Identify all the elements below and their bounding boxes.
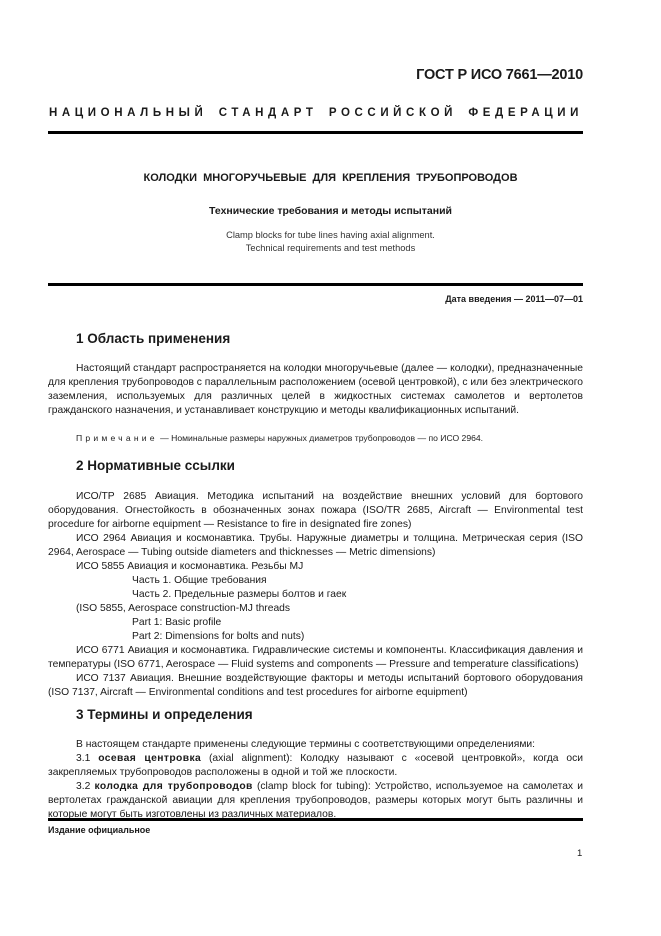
reference-line: ИСО 5855 Авиация и космонавтика. Резьбы … (48, 560, 583, 574)
section-2-heading: 2 Нормативные ссылки (76, 458, 235, 473)
top-rule (48, 131, 583, 134)
reference-line: Part 1: Basic profile (48, 616, 583, 630)
document-title: КОЛОДКИ МНОГОРУЧЬЕВЫЕ ДЛЯ КРЕПЛЕНИЯ ТРУБ… (0, 172, 661, 184)
reference-line: (ISO 5855, Aerospace construction-MJ thr… (48, 602, 583, 616)
section-1-heading: 1 Область применения (76, 331, 230, 346)
section-1-body: Настоящий стандарт распространяется на к… (48, 362, 583, 418)
gost-code: ГОСТ Р ИСО 7661—2010 (416, 67, 583, 83)
term-3-1: 3.1 осевая центровка (axial alignment): … (48, 752, 583, 780)
normative-references: ИСО/ТР 2685 Авиация. Методика испытаний … (48, 490, 583, 700)
banner-word: РОССИЙСКОЙ (329, 107, 457, 119)
reference-line: Часть 2. Предельные размеры болтов и гае… (48, 588, 583, 602)
note-text: — Номинальные размеры наружных диаметров… (158, 433, 483, 443)
term-number: 3.2 (76, 781, 94, 792)
section-3-heading: 3 Термины и определения (76, 707, 253, 722)
banner-word: ФЕДЕРАЦИИ (468, 107, 583, 119)
term-name: колодка для трубопроводов (94, 781, 252, 792)
footer-rule (48, 818, 583, 821)
note-label: Примечание (76, 433, 158, 443)
english-title-line: Clamp blocks for tube lines having axial… (0, 229, 661, 242)
reference-line: ИСО 6771 Авиация и космонавтика. Гидравл… (48, 644, 583, 672)
english-title-line: Technical requirements and test methods (0, 242, 661, 255)
national-standard-banner: НАЦИОНАЛЬНЫЙ СТАНДАРТ РОССИЙСКОЙ ФЕДЕРАЦ… (49, 107, 583, 119)
official-edition-label: Издание официальное (48, 825, 150, 835)
banner-word: НАЦИОНАЛЬНЫЙ (49, 107, 207, 119)
reference-line: Часть 1. Общие требования (48, 574, 583, 588)
terms-intro: В настоящем стандарте применены следующи… (48, 738, 583, 752)
english-title: Clamp blocks for tube lines having axial… (0, 229, 661, 255)
page-number: 1 (577, 848, 582, 859)
title-rule (48, 283, 583, 286)
document-subtitle: Технические требования и методы испытани… (0, 205, 661, 217)
term-number: 3.1 (76, 753, 98, 764)
reference-line: ИСО/ТР 2685 Авиация. Методика испытаний … (48, 490, 583, 532)
introduction-date: Дата введения — 2011—07—01 (445, 294, 583, 304)
banner-word: СТАНДАРТ (219, 107, 318, 119)
term-3-2: 3.2 колодка для трубопроводов (clamp blo… (48, 780, 583, 822)
scope-note: Примечание — Номинальные размеры наружны… (76, 433, 483, 443)
term-name: осевая центровка (98, 753, 201, 764)
scope-paragraph: Настоящий стандарт распространяется на к… (48, 362, 583, 418)
reference-line: ИСО 7137 Авиация. Внешние воздействующие… (48, 672, 583, 700)
reference-line: ИСО 2964 Авиация и космонавтика. Трубы. … (48, 532, 583, 560)
reference-line: Part 2: Dimensions for bolts and nuts) (48, 630, 583, 644)
section-3-body: В настоящем стандарте применены следующи… (48, 738, 583, 822)
